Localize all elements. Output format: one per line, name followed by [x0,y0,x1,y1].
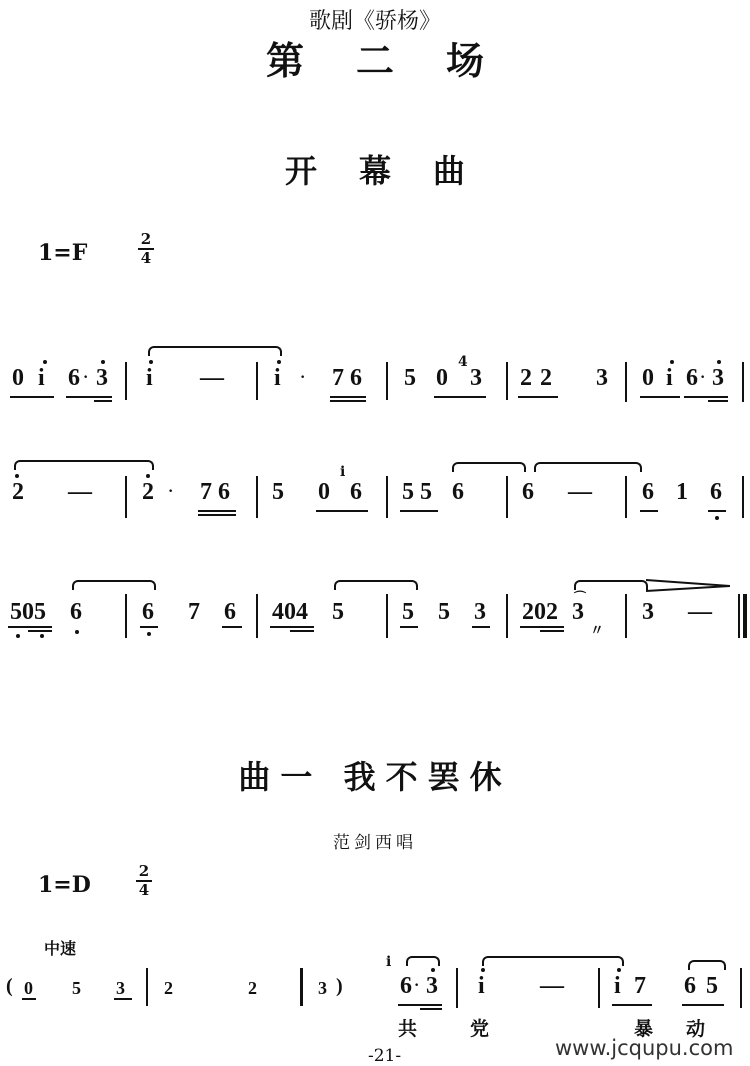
note: 3 [470,366,482,390]
song-key-signature: 1=D [38,872,91,898]
underline [472,626,490,628]
underline [612,1004,652,1006]
overture-line-1: 0 i 6 · 3 i — i · 7 6 5 0 4 3 2 2 3 0 i … [0,360,750,420]
note: 5 [420,480,432,504]
note: 6 [452,480,464,504]
dot: · [414,974,419,998]
fermata-icon: ⌒ [574,588,586,605]
note: 2 [12,480,24,504]
underline [682,1004,724,1006]
note: 6 [642,480,654,504]
decrescendo-icon [646,578,730,592]
note: 404 [272,600,308,624]
paren-close: ) [336,974,343,998]
note: 3 [596,366,608,390]
underline [8,626,52,628]
note: i [478,974,485,998]
note: 5 [272,480,284,504]
note: 3 [642,600,654,624]
note: i [274,366,281,390]
tie [452,462,526,472]
note: 2 [520,366,532,390]
dash: — [200,366,224,390]
note: 202 [522,600,558,624]
underline [518,396,558,398]
barline [506,476,508,518]
dot: · [300,366,305,390]
note: 3 [474,600,486,624]
barline [625,594,627,638]
slur [406,956,440,966]
singer-credit: 范剑西唱 [0,828,750,853]
dot: · [168,480,173,504]
barline [742,476,744,518]
underline [10,396,54,398]
note: 5 [72,976,81,1000]
high-octave-dot [670,360,674,364]
high-octave-dot [146,474,150,478]
note: 6 [684,974,696,998]
tie [14,460,154,470]
song-title: 曲一 我不罢休 [0,752,750,798]
underline [398,1004,442,1006]
paren-open: ( [6,974,13,998]
barline [598,968,600,1008]
tempo-marking: 中速 [44,936,76,959]
note: 0 [318,480,330,504]
scene-title: 第二场 [0,30,750,85]
barline [386,362,388,400]
note: 3 [96,366,108,390]
note: 0 [24,976,33,1000]
page-number: -21- [368,1046,401,1066]
barline [386,476,388,518]
note: 2 [142,480,154,504]
note: 6 [224,600,236,624]
barline [456,968,458,1008]
underline [420,1008,442,1010]
high-octave-dot [717,360,721,364]
barline [506,594,508,638]
note: 6 [710,480,722,504]
dash: — [688,600,712,624]
underline [140,626,158,628]
tie [534,462,642,472]
underline [270,626,314,628]
underline [290,630,314,632]
lyric: 共 [398,1014,417,1041]
low-octave-dot [16,634,20,638]
note: 7 [200,480,212,504]
tie [482,956,624,966]
note: 5 [706,974,718,998]
note: 7 [332,366,344,390]
barline [625,476,627,518]
underline [400,510,438,512]
song-time-signature: 2 4 [136,864,152,898]
note: 7 [634,974,646,998]
barline [256,476,258,518]
high-octave-dot [277,360,281,364]
note: 6 [142,600,154,624]
time-sig-bottom: 4 [136,883,152,898]
note: 6 [350,366,362,390]
dash: — [568,480,592,504]
underline [22,998,36,1000]
underline [222,626,242,628]
note: 3 [426,974,438,998]
time-sig-top: 2 [138,232,154,247]
barline [146,968,148,1006]
note: 5 [402,600,414,624]
dot: · [83,366,88,390]
barline [625,362,627,402]
barline [740,968,742,1008]
note: i [666,366,673,390]
time-sig-bottom: 4 [138,251,154,266]
underline [434,396,486,398]
dash: — [540,974,564,998]
overture-line-2: 2 — 2 · 7 6 5 0 i 6 5 5 6 6 — 6 1 6 [0,474,750,534]
high-octave-dot [149,360,153,364]
breath-mark-icon: 〃 [590,620,604,640]
note: 2 [164,976,173,1000]
underline [640,396,680,398]
overture-time-signature: 2 4 [138,232,154,266]
note: 6 [350,480,362,504]
underline [708,400,728,402]
note: 2 [540,366,552,390]
note: 3 [116,976,125,1000]
lyric: 党 [470,1014,489,1041]
note: i [614,974,621,998]
barline [386,594,388,638]
high-octave-dot [15,474,19,478]
barline [256,362,258,400]
barline [256,594,258,638]
grace-note: 4 [458,354,468,370]
note: 0 [642,366,654,390]
underline [94,400,112,402]
note: 5 [402,480,414,504]
slur [688,960,726,970]
underline [708,510,726,512]
note: 1 [676,480,688,504]
tie [72,580,156,590]
note: 505 [10,600,46,624]
final-barline [738,594,740,638]
low-octave-dot [75,630,79,634]
barline [300,968,303,1006]
tie [334,580,418,590]
note: 5 [438,600,450,624]
underline [330,400,366,402]
dash: — [68,480,92,504]
dot: · [700,366,705,390]
grace-note: i [340,464,345,480]
underline [540,630,564,632]
barline [125,594,127,638]
underline [520,626,564,628]
underline [640,510,658,512]
high-octave-dot [617,968,621,972]
underline [400,626,418,628]
note: 5 [332,600,344,624]
low-octave-dot [715,516,719,520]
underline [28,630,52,632]
underline [198,510,236,512]
high-octave-dot [43,360,47,364]
note: 5 [404,366,416,390]
underline [316,510,368,512]
note: 6 [70,600,82,624]
low-octave-dot [40,634,44,638]
underline [66,396,112,398]
overture-line-3: 505 6 6 7 6 404 5 5 5 3 202 3 ⌒ 〃 3 — [0,594,750,654]
high-octave-dot [481,968,485,972]
final-barline-thick [743,594,747,638]
note: 2 [248,976,257,1000]
note: 7 [188,600,200,624]
note: 3 [318,976,327,1000]
note: 6 [68,366,80,390]
overture-key-signature: 1=F [38,240,87,266]
overture-title: 开幕曲 [0,146,750,192]
grace-note: i [386,954,391,970]
note: 6 [522,480,534,504]
barline [125,362,127,400]
note: 6 [218,480,230,504]
note: 6 [400,974,412,998]
note: 0 [436,366,448,390]
underline [330,396,366,398]
tie [148,346,282,356]
barline [506,362,508,400]
note: i [146,366,153,390]
time-sig-top: 2 [136,864,152,879]
underline [198,514,236,516]
underline [684,396,728,398]
underline [114,998,132,1000]
low-octave-dot [147,632,151,636]
high-octave-dot [101,360,105,364]
note: 3 [712,366,724,390]
high-octave-dot [431,968,435,972]
barline [742,362,744,402]
watermark: www.jcqupu.com [555,1036,733,1060]
barline [125,476,127,518]
note: 0 [12,366,24,390]
note: i [38,366,45,390]
note: 6 [686,366,698,390]
